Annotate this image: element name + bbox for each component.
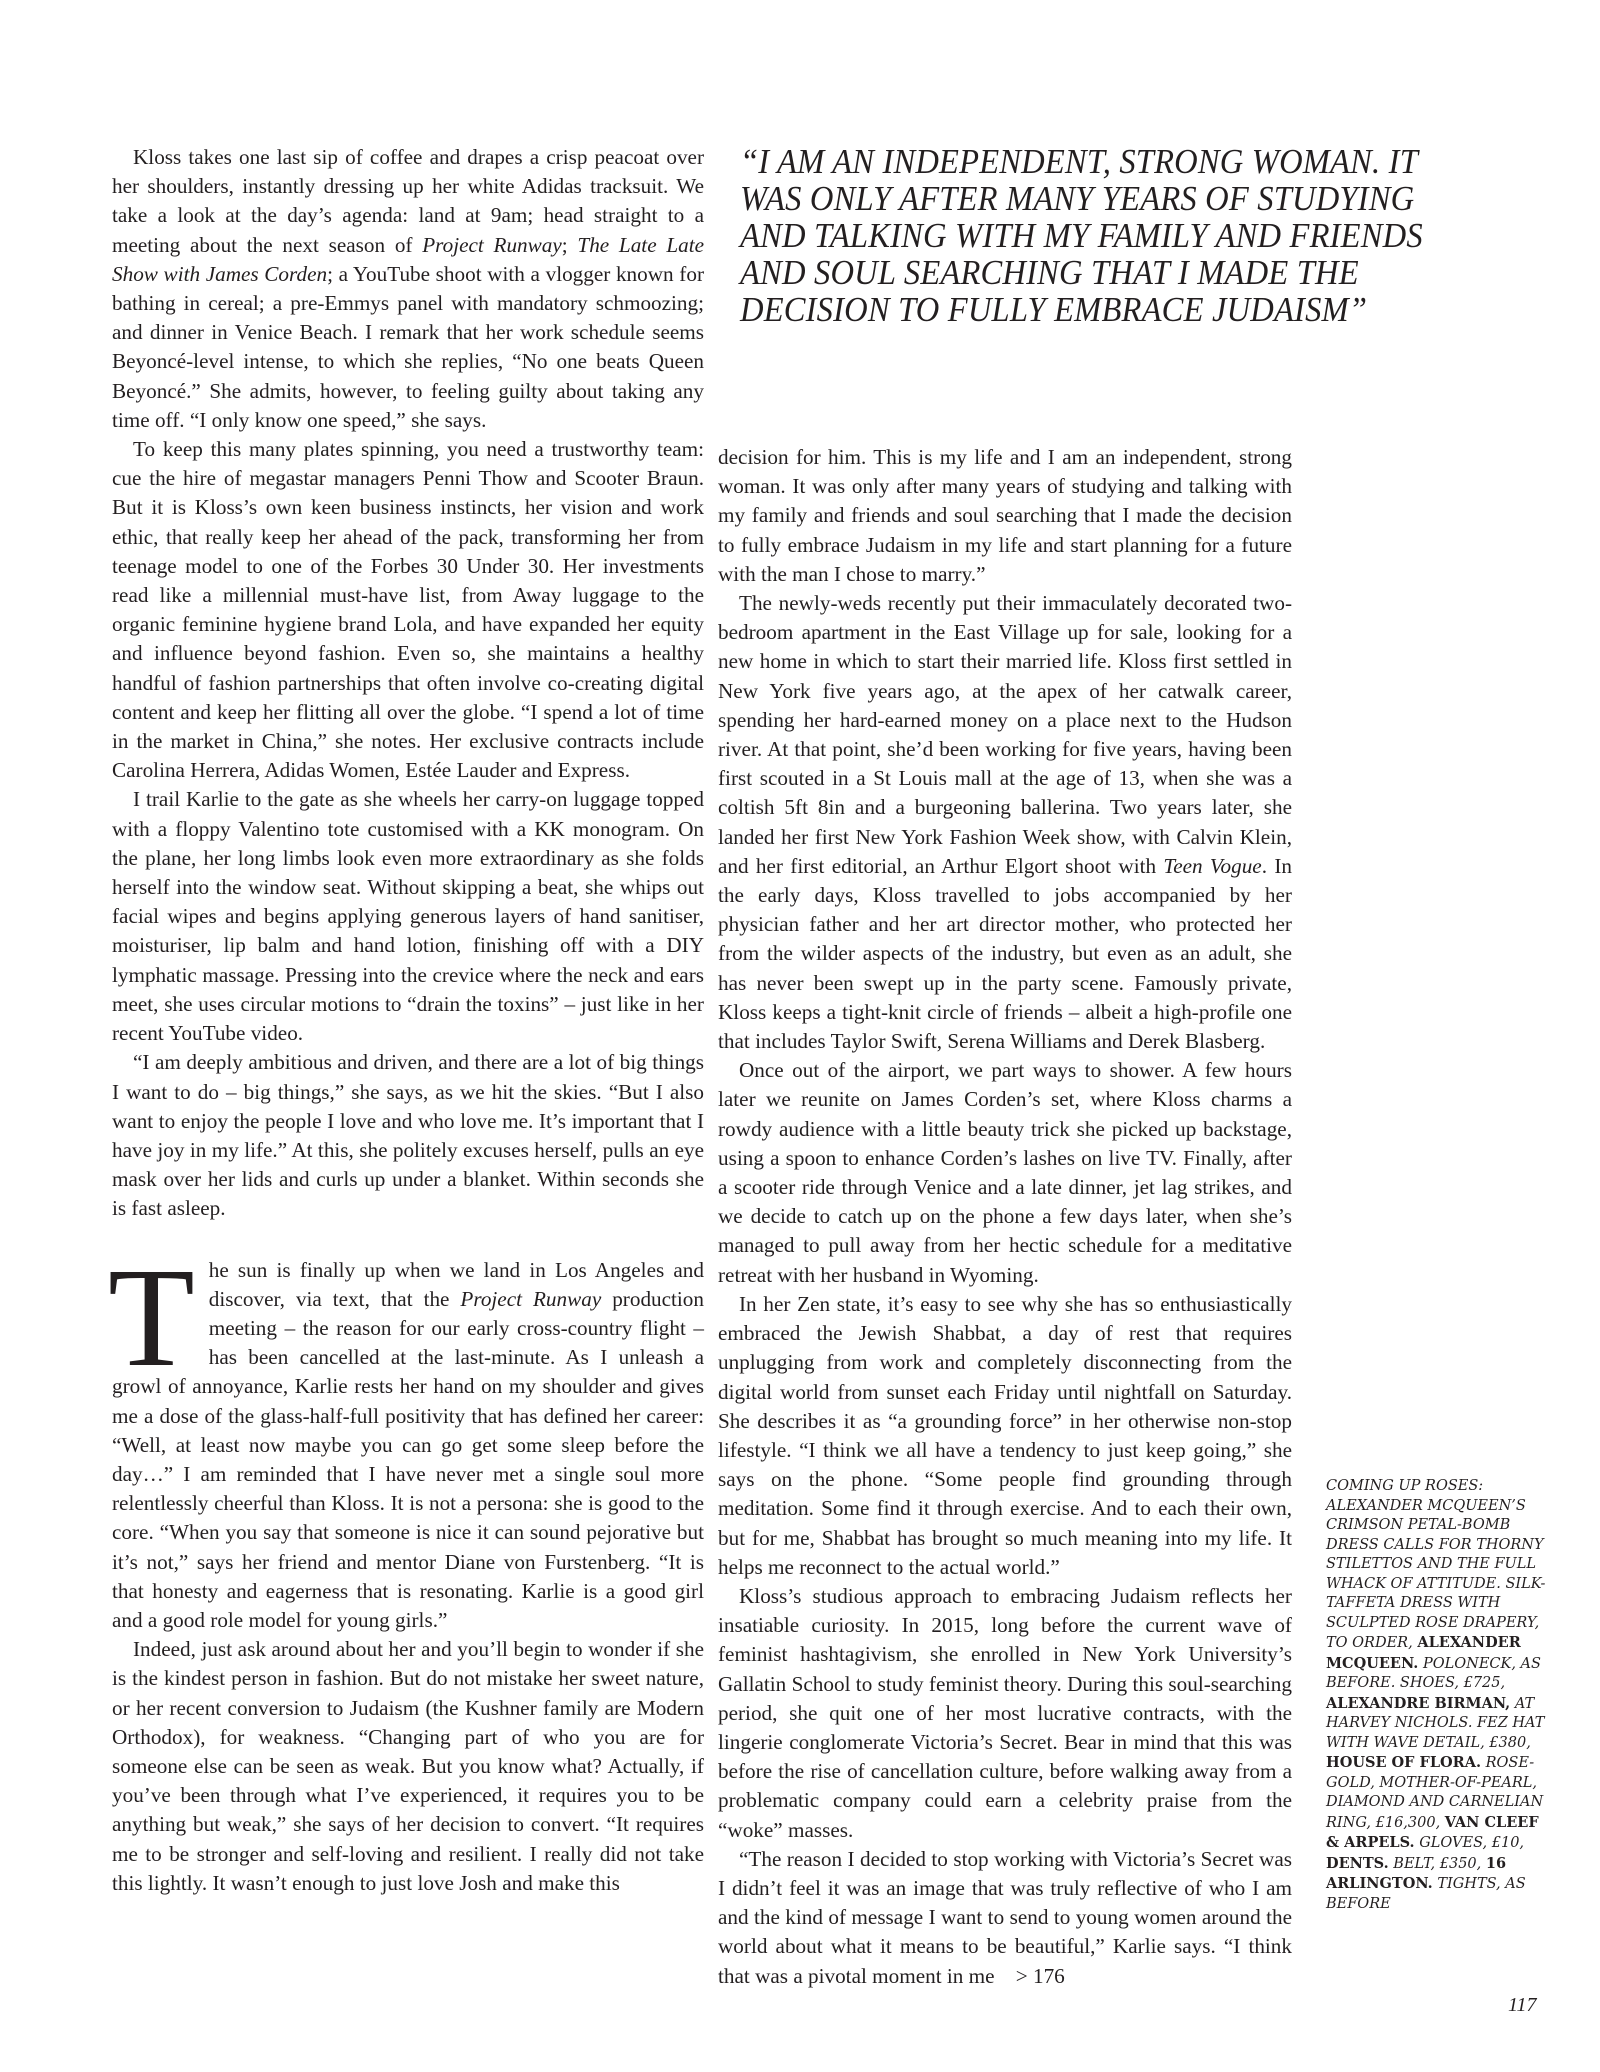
paragraph: “I am deeply ambitious and driven, and t… [112,1048,704,1223]
paragraph: “The reason I decided to stop working wi… [718,1845,1292,1991]
paragraph: decision for him. This is my life and I … [718,443,1292,589]
page-number: 117 [1508,1994,1537,2017]
paragraph: In her Zen state, it’s easy to see why s… [718,1290,1292,1582]
drop-cap: T [108,1262,195,1372]
photo-credits-caption: Coming up roses: Alexander McQueen’s cri… [1326,1477,1556,1914]
article-column-left: Kloss takes one last sip of coffee and d… [112,143,704,1898]
caption-headline: Coming up roses: Alexander McQueen’s cri… [1326,1478,1544,1592]
caption-item-brand: Alexandre Birman, [1326,1695,1510,1712]
paragraph: The newly-weds recently put their immacu… [718,589,1292,1056]
caption-item-desc: Gloves, £10, [1419,1835,1524,1851]
paragraph: Kloss takes one last sip of coffee and d… [112,143,704,435]
caption-item-brand: Dents. [1326,1855,1389,1872]
continued-on-page-marker[interactable]: > 176 [1016,1964,1065,1988]
article-column-right: decision for him. This is my life and I … [718,443,1292,1991]
paragraph-with-dropcap: The sun is finally up when we land in Lo… [112,1256,704,1636]
paragraph: Kloss’s studious approach to embracing J… [718,1582,1292,1845]
caption-item-desc: Belt, £350, [1393,1856,1481,1872]
paragraph: I trail Karlie to the gate as she wheels… [112,785,704,1048]
caption-item-brand: House of Flora. [1326,1754,1481,1771]
paragraph: To keep this many plates spinning, you n… [112,435,704,785]
paragraph: Once out of the airport, we part ways to… [718,1056,1292,1290]
paragraph: Indeed, just ask around about her and yo… [112,1635,704,1898]
pull-quote: “I am an independent, strong woman. It w… [740,143,1475,328]
